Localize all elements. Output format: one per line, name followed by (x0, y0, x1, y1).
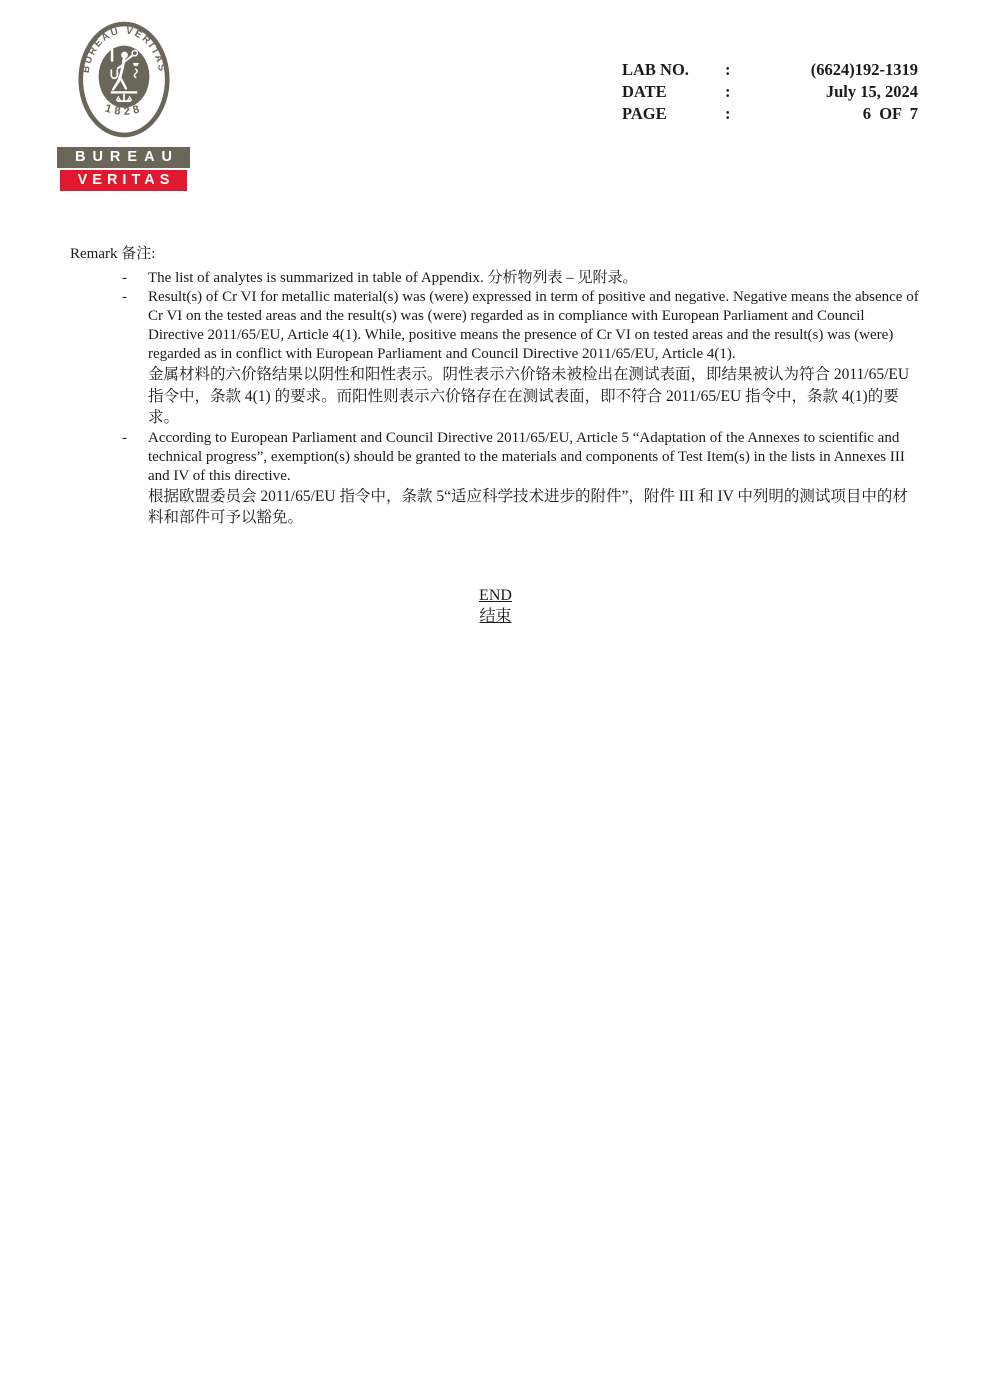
logo-banner: BUREAU VERITAS (57, 147, 190, 191)
header-row-page: PAGE : 6 OF 7 (622, 103, 918, 125)
page-colon: : (725, 103, 737, 125)
remark-item-1: - The list of analytes is summarized in … (70, 269, 922, 288)
bureau-veritas-seal-icon: BUREAU VERITAS 1828 (77, 20, 171, 139)
remark-item-2-body: Result(s) of Cr VI for metallic material… (148, 288, 922, 429)
bullet-dash: - (122, 429, 148, 448)
remark-item-2-text-en: Result(s) of Cr VI for metallic material… (148, 288, 922, 364)
bureau-veritas-logo: BUREAU VERITAS 1828 (57, 20, 190, 191)
remark-item-1-body: The list of analytes is summarized in ta… (148, 269, 922, 288)
page-label: PAGE (622, 103, 725, 125)
report-page: BUREAU VERITAS 1828 (0, 0, 991, 1400)
lab-no-label: LAB NO. (622, 59, 725, 81)
bullet-dash: - (122, 288, 148, 307)
remark-item-3-text-zh: 根据欧盟委员会 2011/65/EU 指令中，条款 5“适应科学技术进步的附件”… (148, 486, 922, 529)
bullet-dash: - (122, 269, 148, 288)
remark-item-1-text: The list of analytes is summarized in ta… (148, 269, 922, 288)
page-value: 6 OF 7 (737, 103, 918, 125)
date-value: July 15, 2024 (737, 81, 918, 103)
remark-section: Remark 备注: - The list of analytes is sum… (70, 245, 922, 529)
lab-no-colon: : (725, 59, 737, 81)
date-label: DATE (622, 81, 725, 103)
date-colon: : (725, 81, 737, 103)
remark-item-3: - According to European Parliament and C… (70, 429, 922, 529)
end-label-zh: 结束 (0, 606, 991, 628)
remark-item-2-text-zh: 金属材料的六价铬结果以阴性和阳性表示。阴性表示六价铬未被检出在测试表面，即结果被… (148, 364, 922, 429)
remark-item-3-text-en: According to European Parliament and Cou… (148, 429, 922, 486)
end-block: END 结束 (0, 585, 991, 628)
end-label-en: END (0, 585, 991, 606)
logo-banner-bureau: BUREAU (57, 147, 190, 168)
remark-title: Remark 备注: (70, 245, 922, 264)
header-row-date: DATE : July 15, 2024 (622, 81, 918, 103)
report-header-info: LAB NO. : (6624)192-1319 DATE : July 15,… (622, 59, 918, 125)
remark-item-3-body: According to European Parliament and Cou… (148, 429, 922, 529)
remark-item-2: - Result(s) of Cr VI for metallic materi… (70, 288, 922, 429)
header-row-lab-no: LAB NO. : (6624)192-1319 (622, 59, 918, 81)
logo-banner-veritas: VERITAS (60, 170, 187, 191)
lab-no-value: (6624)192-1319 (737, 59, 918, 81)
